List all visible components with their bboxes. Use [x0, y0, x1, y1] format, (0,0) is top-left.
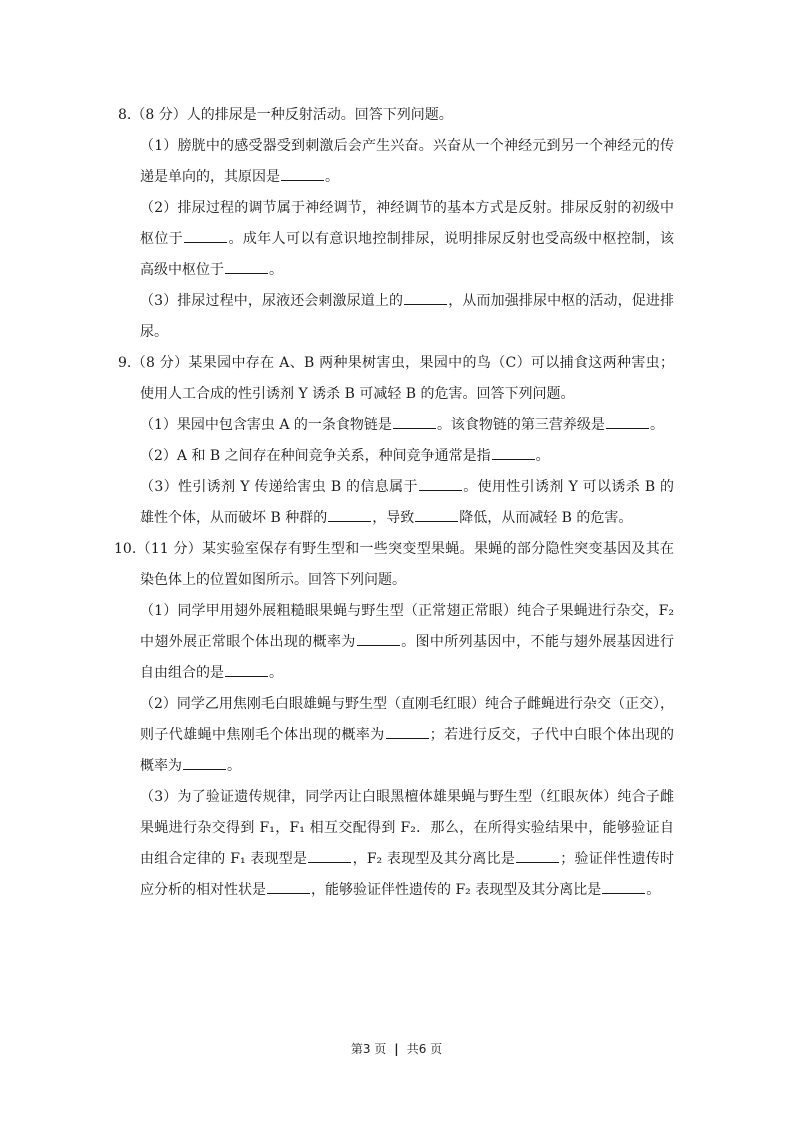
question-number: 10.: [114, 541, 136, 557]
sub-question: （3）为了验证遗传规律，同学丙让白眼黑檀体雄果蝇与野生型（红眼灰体）纯合子雌果蝇…: [118, 782, 674, 906]
answer-blank[interactable]: [602, 879, 645, 894]
sub-question-label: （2）: [140, 448, 177, 464]
answer-blank[interactable]: [225, 259, 268, 274]
answer-blank[interactable]: [308, 848, 351, 863]
question-score: （11 分）: [136, 541, 202, 557]
sub-question-text: ，导致: [372, 510, 414, 526]
sub-question-text: ，能够验证伴性遗传的 F₂ 表现型及其分离比是: [311, 882, 601, 898]
sub-question-text: 膀胱中的感受器受到刺激后会产生兴奋。兴奋从一个神经元到另一个神经元的传递是单向的…: [140, 138, 674, 185]
answer-blank[interactable]: [357, 631, 400, 646]
answer-blank[interactable]: [415, 507, 458, 522]
answer-blank[interactable]: [516, 848, 559, 863]
document-page: 8.（8 分）人的排尿是一种反射活动。回答下列问题。 （1）膀胱中的感受器受到刺…: [0, 0, 793, 1122]
total-pages: 共6 页: [407, 1042, 442, 1056]
sub-question: （1）果园中包含害虫 A 的一条食物链是。该食物链的第三营养级是。: [118, 410, 674, 441]
answer-blank[interactable]: [393, 414, 436, 429]
sub-question-label: （3）: [140, 789, 177, 805]
sub-question-text: 。: [536, 448, 550, 464]
answer-blank[interactable]: [281, 166, 324, 181]
question-9: 9.（8 分）某果园中存在 A、B 两种果树害虫，果园中的鸟（C）可以捕食这两种…: [118, 348, 674, 534]
sub-question: （2）A 和 B 之间存在种间竞争关系，种间竞争通常是指。: [118, 441, 674, 472]
answer-blank[interactable]: [183, 755, 226, 770]
answer-blank[interactable]: [184, 228, 227, 243]
question-8: 8.（8 分）人的排尿是一种反射活动。回答下列问题。 （1）膀胱中的感受器受到刺…: [118, 100, 674, 348]
question-score: （8 分）: [131, 107, 186, 123]
sub-question-text: 。: [650, 417, 664, 433]
sub-question-text: 。: [269, 262, 283, 278]
question-10: 10.（11 分）某实验室保存有野生型和一些突变型果蝇。果蝇的部分隐性突变基因及…: [118, 534, 674, 906]
current-page: 第3 页: [351, 1042, 386, 1056]
answer-blank[interactable]: [404, 290, 447, 305]
sub-question-text: 。: [646, 882, 660, 898]
sub-question-text: 降低，从而减轻 B 的危害。: [459, 510, 632, 526]
answer-blank[interactable]: [328, 507, 371, 522]
sub-question-text: A 和 B 之间存在种间竞争关系，种间竞争通常是指: [177, 448, 491, 464]
sub-question-text: 果园中包含害虫 A 的一条食物链是: [177, 417, 392, 433]
answer-blank[interactable]: [606, 414, 649, 429]
question-score: （8 分）: [131, 355, 188, 371]
question-number: 8.: [118, 107, 131, 123]
answer-blank[interactable]: [267, 879, 310, 894]
sub-question-label: （1）: [140, 417, 177, 433]
sub-question: （1）膀胱中的感受器受到刺激后会产生兴奋。兴奋从一个神经元到另一个神经元的传递是…: [118, 131, 674, 193]
question-text: 某果园中存在 A、B 两种果树害虫，果园中的鸟（C）可以捕食这两种害虫；使用人工…: [140, 355, 674, 402]
sub-question: （2）同学乙用焦刚毛白眼雄蝇与野生型（直刚毛红眼）纯合子雌蝇进行杂交（正交），则…: [118, 689, 674, 782]
page-footer: 第3 页|共6 页: [0, 1040, 793, 1057]
sub-question-label: （1）: [140, 138, 177, 154]
sub-question-text: 。: [227, 758, 241, 774]
sub-question-text: 性引诱剂 Y 传递给害虫 B 的信息属于: [178, 479, 418, 495]
footer-separator: |: [394, 1042, 398, 1056]
sub-question-label: （2）: [140, 200, 177, 216]
question-stem: 8.（8 分）人的排尿是一种反射活动。回答下列问题。: [118, 100, 674, 131]
answer-blank[interactable]: [386, 724, 429, 739]
sub-question-label: （3）: [140, 293, 177, 309]
sub-question-text: ，F₂ 表现型及其分离比是: [352, 851, 515, 867]
sub-question: （2）排尿过程的调节属于神经调节，神经调节的基本方式是反射。排尿反射的初级中枢位…: [118, 193, 674, 286]
question-number: 9.: [118, 355, 131, 371]
question-stem: 10.（11 分）某实验室保存有野生型和一些突变型果蝇。果蝇的部分隐性突变基因及…: [118, 534, 674, 596]
sub-question: （3）排尿过程中，尿液还会刺激尿道上的，从而加强排尿中枢的活动，促进排尿。: [118, 286, 674, 348]
answer-blank[interactable]: [225, 662, 268, 677]
sub-question-text: 排尿过程中，尿液还会刺激尿道上的: [177, 293, 403, 309]
answer-blank[interactable]: [419, 476, 462, 491]
sub-question-text: 。该食物链的第三营养级是: [437, 417, 605, 433]
question-text: 某实验室保存有野生型和一些突变型果蝇。果蝇的部分隐性突变基因及其在染色体上的位置…: [140, 541, 674, 588]
question-text: 人的排尿是一种反射活动。回答下列问题。: [187, 107, 453, 123]
sub-question-text: 。: [325, 169, 339, 185]
question-stem: 9.（8 分）某果园中存在 A、B 两种果树害虫，果园中的鸟（C）可以捕食这两种…: [118, 348, 674, 410]
sub-question: （1）同学甲用翅外展粗糙眼果蝇与野生型（正常翅正常眼）纯合子果蝇进行杂交，F₂ …: [118, 596, 674, 689]
sub-question-text: 。: [269, 665, 283, 681]
answer-blank[interactable]: [492, 445, 535, 460]
page-content: 8.（8 分）人的排尿是一种反射活动。回答下列问题。 （1）膀胱中的感受器受到刺…: [118, 100, 674, 906]
sub-question-label: （3）: [140, 479, 178, 495]
sub-question: （3）性引诱剂 Y 传递给害虫 B 的信息属于。使用性引诱剂 Y 可以诱杀 B …: [118, 472, 674, 534]
sub-question-label: （1）: [140, 603, 177, 619]
sub-question-label: （2）: [140, 696, 177, 712]
